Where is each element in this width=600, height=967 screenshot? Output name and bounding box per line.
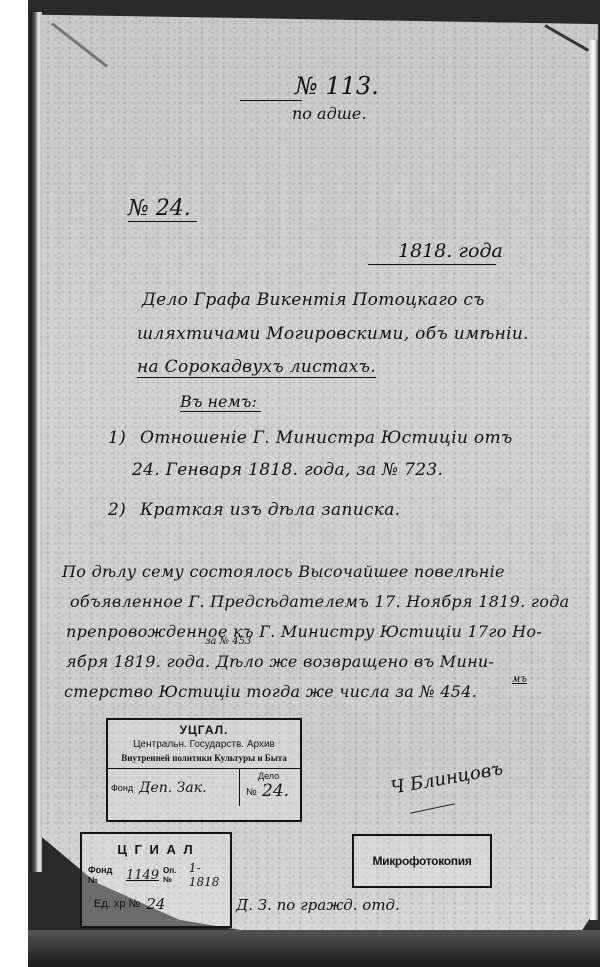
cgial-fond-value: 1149	[126, 868, 159, 883]
case-number: № 24.	[128, 196, 197, 222]
title-line: на Сорокадвухъ листахъ.	[137, 357, 376, 378]
resolution-insert: за № 453	[205, 636, 251, 647]
contents-item-text: Отношеніе Г. Министра Юстиціи отъ	[140, 428, 513, 448]
resolution-line: препровожденное къ Г. Министру Юстиціи 1…	[66, 622, 542, 641]
archive-stamp: УЦГАЛ. Центральн. Государств. Архив Внут…	[106, 718, 302, 822]
contents-item-text: Краткая изъ дѣла записка.	[140, 500, 400, 520]
delo-value: 24.	[262, 781, 289, 801]
archive-stamp-line1: Центральн. Государств. Архив	[108, 739, 300, 750]
cgial-stamp-title: Ц Г И А Л	[82, 842, 230, 857]
cgial-unit-label: Ед. хр №	[94, 898, 140, 910]
resolution-line: объявленное Г. Предсѣдателемъ 17. Ноября…	[70, 592, 570, 611]
fond-value: Деп. Зак.	[139, 780, 206, 796]
fond-label: Фонд	[111, 783, 133, 793]
file-number-top: № 113.	[295, 72, 379, 100]
contents-item-text: 24. Генваря 1818. года, за № 723.	[132, 460, 443, 480]
cgial-opis-label: Оп. №	[163, 866, 187, 884]
resolution-line: стерство Юстиціи тогда же числа за № 454…	[64, 682, 477, 701]
left-binding-edge	[30, 12, 42, 872]
resolution-superscript: мъ	[512, 674, 527, 685]
resolution-line: ября 1819. года. Дѣло же возвращено въ М…	[66, 652, 494, 671]
year-rule	[368, 264, 496, 265]
microfilm-stamp-label: Микрофотокопия	[372, 854, 471, 868]
title-line: шляхтичами Могировскими, объ имѣніи.	[137, 324, 529, 344]
cgial-fond-label: Фонд №	[88, 865, 124, 885]
top-rule	[240, 100, 302, 101]
resolution-line: По дѣлу сему состоялось Высочайшее повел…	[62, 562, 505, 581]
bottom-torn-edge-shadow	[28, 930, 600, 967]
cgial-opis-value: 1-1818	[189, 861, 230, 889]
contents-item-number: 1)	[108, 428, 126, 448]
cgial-unit-value: 24	[146, 895, 165, 913]
department-note: по адше.	[292, 104, 366, 123]
year: 1818. года	[398, 240, 503, 262]
microfilm-stamp: Микрофотокопия	[352, 834, 492, 888]
contents-heading: Въ немъ:	[180, 392, 261, 412]
right-page-edge	[590, 40, 598, 920]
delo-label: Дело	[258, 771, 279, 781]
archive-stamp-title: УЦГАЛ.	[108, 723, 300, 737]
cgial-stamp: Ц Г И А Л Фонд № 1149 Оп. № 1-1818 Ед. х…	[80, 832, 232, 928]
contents-item-number: 2)	[108, 500, 126, 520]
handwritten-department-note: Д. З. по гражд. отд.	[236, 896, 400, 914]
archive-stamp-line2: Внутренней политики Культуры и Быта	[108, 753, 300, 763]
title-line: Дело Графа Викентія Потоцкаго съ	[142, 290, 485, 310]
delo-no-label: №	[246, 787, 257, 798]
